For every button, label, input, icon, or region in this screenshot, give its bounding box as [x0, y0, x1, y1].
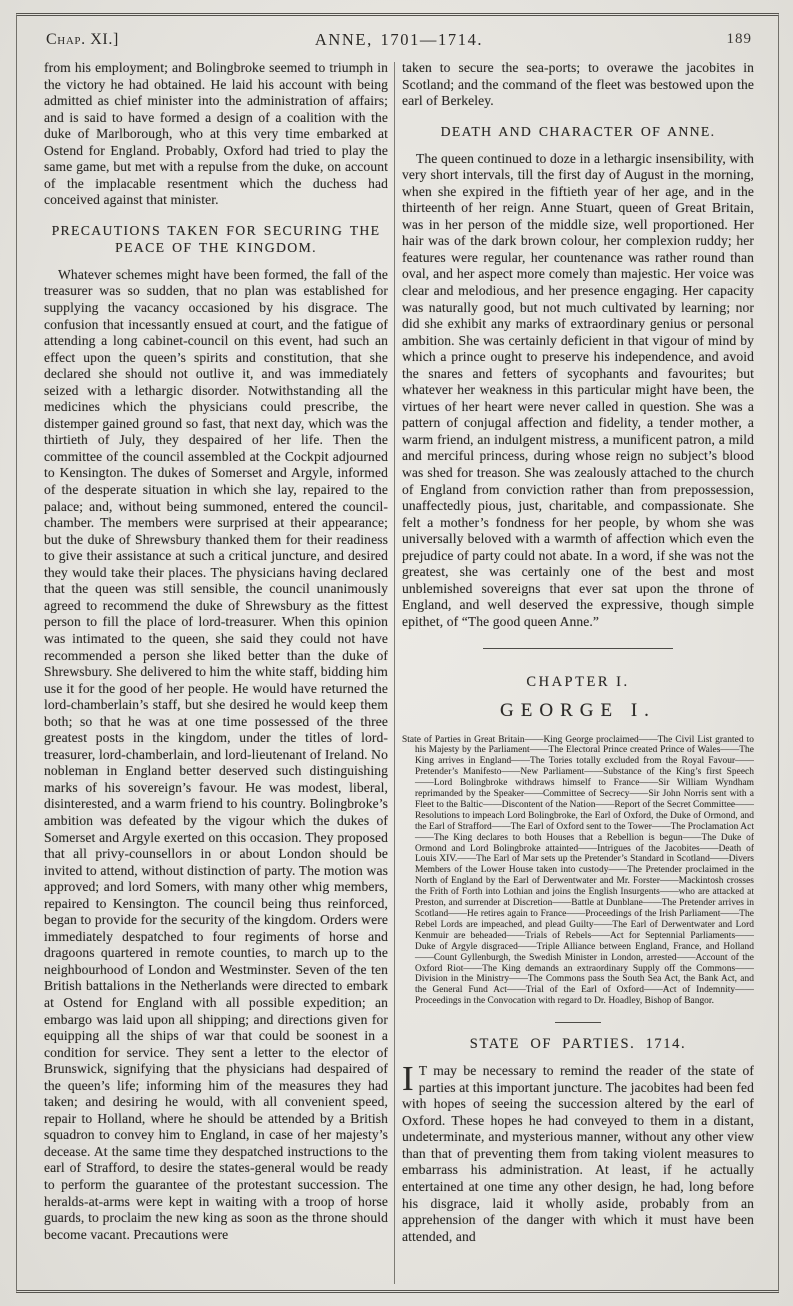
paragraph-state-of-parties: IT may be necessary to remind the reader… — [402, 1063, 754, 1245]
drop-cap-initial: I — [402, 1063, 419, 1094]
chapter-title-heading: GEORGE I. — [402, 700, 754, 722]
section-heading-death-of-anne: DEATH AND CHARACTER OF ANNE. — [406, 123, 750, 140]
paragraph-character-of-anne: The queen continued to doze in a letharg… — [402, 151, 754, 631]
paragraph-continuation: from his employment; and Bolingbroke see… — [44, 60, 388, 209]
column-divider-rule — [394, 62, 395, 1284]
left-column: from his employment; and Bolingbroke see… — [44, 60, 388, 1288]
page-header: Chap. XI.] ANNE, 1701—1714. 189 — [44, 28, 754, 56]
section-separator-rule — [555, 1022, 601, 1023]
running-title: ANNE, 1701—1714. — [44, 30, 754, 50]
section-heading-state-of-parties: STATE OF PARTIES. 1714. — [402, 1036, 754, 1053]
book-page-scan: Chap. XI.] ANNE, 1701—1714. 189 from his… — [0, 0, 793, 1306]
chapter-number-heading: CHAPTER I. — [402, 674, 754, 691]
two-column-layout: from his employment; and Bolingbroke see… — [44, 60, 754, 1288]
right-column: taken to secure the sea-ports; to overaw… — [402, 60, 754, 1288]
section-heading-precautions: PRECAUTIONS TAKEN FOR SECURING THEPEACE … — [48, 222, 384, 256]
paragraph-precautions: Whatever schemes might have been formed,… — [44, 267, 388, 1243]
chapter-argument-summary: State of Parties in Great Britain——King … — [402, 735, 754, 1008]
paragraph-text: T may be necessary to remind the reader … — [402, 1063, 754, 1243]
chapter-separator-rule — [483, 648, 673, 649]
page-number: 189 — [727, 31, 753, 48]
heading-line-2: PEACE OF THE KINGDOM. — [48, 239, 384, 256]
paragraph-continuation: taken to secure the sea-ports; to overaw… — [402, 60, 754, 110]
heading-line-1: PRECAUTIONS TAKEN FOR SECURING THE — [48, 222, 384, 239]
page-frame: Chap. XI.] ANNE, 1701—1714. 189 from his… — [16, 13, 779, 1293]
